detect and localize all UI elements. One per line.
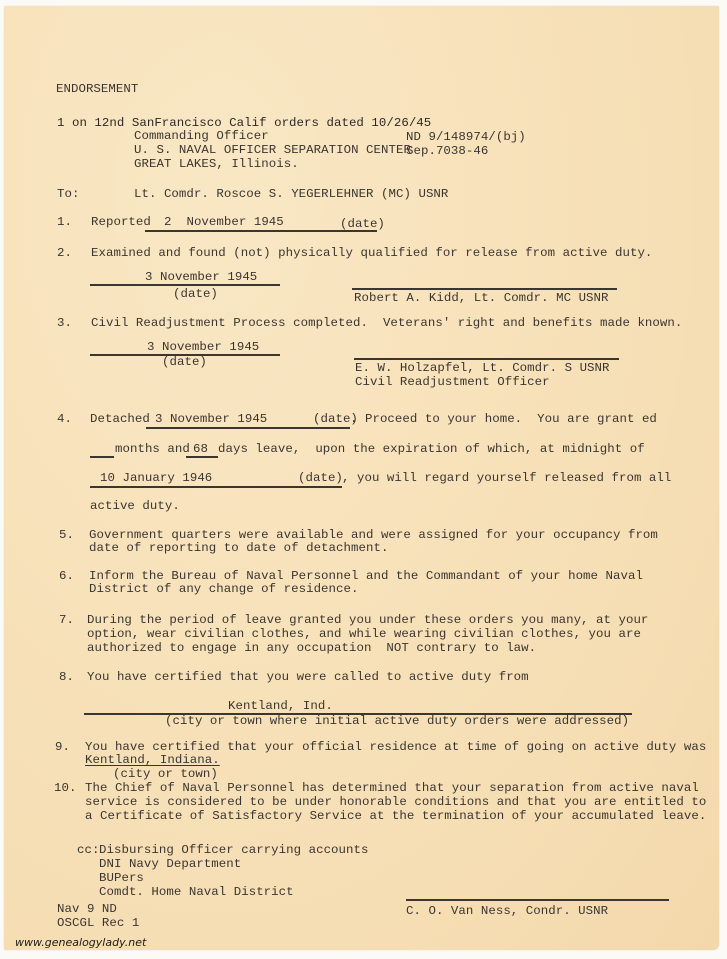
item-9-number: 9. — [55, 740, 70, 754]
item-6-line1: Inform the Bureau of Naval Personnel and… — [89, 569, 643, 583]
item-7-line1: During the period of leave granted you u… — [87, 613, 648, 627]
footer-signer: C. O. Van Ness, Condr. USNR — [406, 904, 608, 918]
item-1-number: 1. — [57, 215, 72, 229]
item-4-release-label: (date) — [298, 471, 343, 485]
footer-signature-line — [406, 899, 669, 901]
item-3-number: 3. — [57, 316, 72, 330]
item-4-line2-rest: days leave, upon the expiration of which… — [218, 442, 645, 456]
item-8-line1: You have certified that you were called … — [87, 670, 529, 684]
item-7-line3: authorized to engage in any occupation N… — [87, 641, 536, 655]
item-4-detached-underline — [146, 427, 350, 429]
header-reference-1: ND 9/148974/(bj) — [406, 130, 526, 144]
item-4-release-underline — [90, 486, 342, 488]
header-orders-line: 1 on 12nd SanFrancisco Calif orders date… — [57, 116, 431, 130]
item-4-months-blank — [90, 456, 114, 458]
item-8-location-label: (city or town where initial active duty … — [165, 714, 629, 728]
cc-recipient-3: BUPers — [99, 871, 144, 885]
item-1-underline — [145, 230, 377, 232]
document-title: ENDORSEMENT — [56, 82, 138, 96]
item-3-date-label: (date) — [162, 355, 207, 369]
item-8-location: Kentland, Ind. — [228, 699, 333, 713]
header-from-line3: GREAT LAKES, Illinois. — [134, 157, 299, 171]
item-5-line1: Government quarters were available and w… — [89, 528, 658, 542]
item-4-days-value: 68 — [193, 442, 208, 456]
cc-recipient-4: Comdt. Home Naval District — [99, 885, 294, 899]
item-3-date: 3 November 1945 — [147, 340, 259, 354]
item-10-line2: service is considered to be under honora… — [85, 795, 706, 809]
item-9-residence: Kentland, Indiana. — [85, 753, 220, 767]
item-2-number: 2. — [57, 246, 72, 260]
item-1-date-label: (date) — [340, 217, 385, 231]
cc-recipient-2: DNI Navy Department — [99, 857, 241, 871]
header-from-line2: U. S. NAVAL OFFICER SEPARATION CENTER — [134, 143, 411, 157]
item-1-prefix: Reported — [91, 215, 151, 229]
item-10-line1: The Chief of Naval Personnel has determi… — [85, 781, 699, 795]
header-from-line1: Commanding Officer — [134, 129, 269, 143]
item-6-number: 6. — [59, 569, 74, 583]
item-10-number: 10. — [54, 781, 76, 795]
item-4-days-underline — [186, 456, 218, 458]
item-4-prefix: Detached — [90, 412, 150, 426]
footer-code-2: OSCGL Rec 1 — [57, 916, 139, 930]
item-7-number: 7. — [59, 613, 74, 627]
item-4-number: 4. — [57, 412, 72, 426]
item-4-detached-date: 3 November 1945 — [155, 412, 267, 426]
item-6-line2: District of any change of residence. — [89, 582, 358, 596]
item-2-date-label: (date) — [173, 287, 218, 301]
watermark-text: www.genealogylady.net — [15, 936, 146, 949]
item-2-signer: Robert A. Kidd, Lt. Comdr. MC USNR — [354, 291, 609, 305]
to-label: To: — [57, 187, 79, 201]
header-reference-2: Sep.7038-46 — [406, 144, 488, 158]
item-2-signature-line — [352, 288, 617, 290]
item-4-line1-rest: . Proceed to your home. You are grant ed — [350, 412, 657, 426]
item-9-line1: You have certified that your official re… — [85, 740, 706, 754]
item-4-line4: active duty. — [90, 499, 180, 513]
item-5-line2: date of reporting to date of detachment. — [89, 541, 388, 555]
item-4-months-label: months and — [115, 442, 190, 456]
item-10-line3: a Certificate of Satisfactory Service at… — [85, 809, 706, 823]
item-3-signature-line — [354, 358, 619, 360]
item-4-line3-rest: , you will regard yourself released from… — [342, 471, 671, 485]
footer-code-1: Nav 9 ND — [57, 902, 117, 916]
item-3-text: Civil Readjustment Process completed. Ve… — [91, 316, 682, 330]
item-4-release-date: 10 January 1946 — [100, 471, 212, 485]
item-2-date: 3 November 1945 — [145, 270, 257, 284]
item-7-line2: option, wear civilian clothes, and while… — [87, 627, 641, 641]
to-recipient: Lt. Comdr. Roscoe S. YEGERLEHNER (MC) US… — [134, 187, 448, 201]
item-2-text: Examined and found (not) physically qual… — [91, 246, 652, 260]
item-3-signer: E. W. Holzapfel, Lt. Comdr. S USNR — [355, 361, 610, 375]
item-9-residence-label: (city or town) — [113, 767, 218, 781]
item-3-signer-title: Civil Readjustment Officer — [355, 375, 550, 389]
item-1-reported-date: 2 November 1945 — [164, 215, 284, 229]
item-8-number: 8. — [59, 670, 74, 684]
item-5-number: 5. — [59, 528, 74, 542]
cc-recipient-1: Disbursing Officer carrying accounts — [99, 843, 368, 857]
item-2-date-line — [90, 284, 280, 286]
cc-label: cc: — [77, 843, 99, 857]
